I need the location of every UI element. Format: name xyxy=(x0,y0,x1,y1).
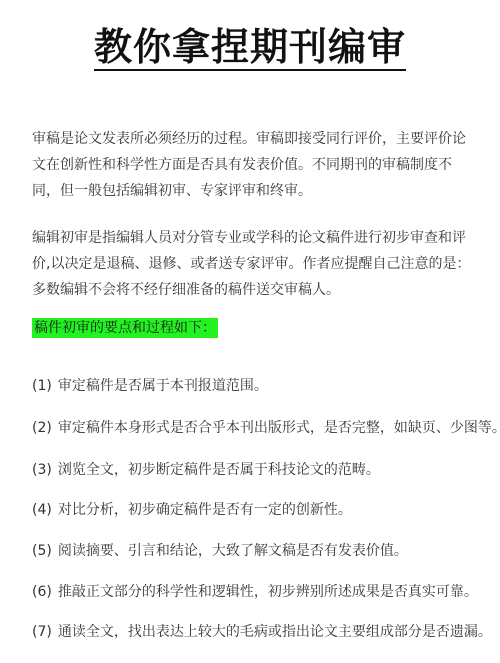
initial-review-paragraph: 编辑初审是指编辑人员对分管专业或学科的论文稿件进行初步审查和评价,以决定是退稿、… xyxy=(32,225,472,303)
list-item-number: (7) xyxy=(32,624,52,640)
list-item: (4)对比分析，初步确定稿件是否有一定的创新性。 xyxy=(32,500,482,520)
list-item: (7)通读全文，找出表达上较大的毛病或指出论文主要组成部分是否遗漏。 xyxy=(32,622,482,642)
page-title-text: 教你拿捏期刊编审 xyxy=(94,25,406,71)
list-item-number: (1) xyxy=(32,378,52,394)
highlighted-heading-text: 稿件初审的要点和过程如下： xyxy=(32,318,218,338)
list-item-text: 阅读摘要、引言和结论，大致了解文稿是否有发表价值。 xyxy=(58,543,408,559)
section-heading: 稿件初审的要点和过程如下： xyxy=(32,318,218,338)
list-item: (6)推敲正文部分的科学性和逻辑性，初步辨别所述成果是否真实可靠。 xyxy=(32,582,482,602)
list-item-number: (4) xyxy=(32,502,52,518)
list-item-text: 审定稿件是否属于本刊报道范围。 xyxy=(58,378,268,394)
list-item: (1)审定稿件是否属于本刊报道范围。 xyxy=(32,376,482,396)
list-item-number: (2) xyxy=(32,420,52,436)
list-item-text: 推敲正文部分的科学性和逻辑性，初步辨别所述成果是否真实可靠。 xyxy=(58,584,478,600)
list-item-number: (3) xyxy=(32,462,52,478)
list-item-number: (6) xyxy=(32,584,52,600)
intro-paragraph: 审稿是论文发表所必须经历的过程。审稿即接受同行评价，主要评价论文在创新性和科学性… xyxy=(32,126,472,204)
list-item-number: (5) xyxy=(32,543,52,559)
list-item-text: 通读全文，找出表达上较大的毛病或指出论文主要组成部分是否遗漏。 xyxy=(58,624,492,640)
list-item-text: 浏览全文，初步断定稿件是否属于科技论文的范畴。 xyxy=(58,462,380,478)
list-item-text: 对比分析，初步确定稿件是否有一定的创新性。 xyxy=(58,502,352,518)
list-item: (2)审定稿件本身形式是否合乎本刊出版形式，是否完整，如缺页、少图等。 xyxy=(32,418,482,438)
list-item-text: 审定稿件本身形式是否合乎本刊出版形式，是否完整，如缺页、少图等。 xyxy=(58,420,500,436)
page-title: 教你拿捏期刊编审 xyxy=(0,24,500,70)
list-item: (5)阅读摘要、引言和结论，大致了解文稿是否有发表价值。 xyxy=(32,541,482,561)
list-item: (3)浏览全文，初步断定稿件是否属于科技论文的范畴。 xyxy=(32,460,482,480)
